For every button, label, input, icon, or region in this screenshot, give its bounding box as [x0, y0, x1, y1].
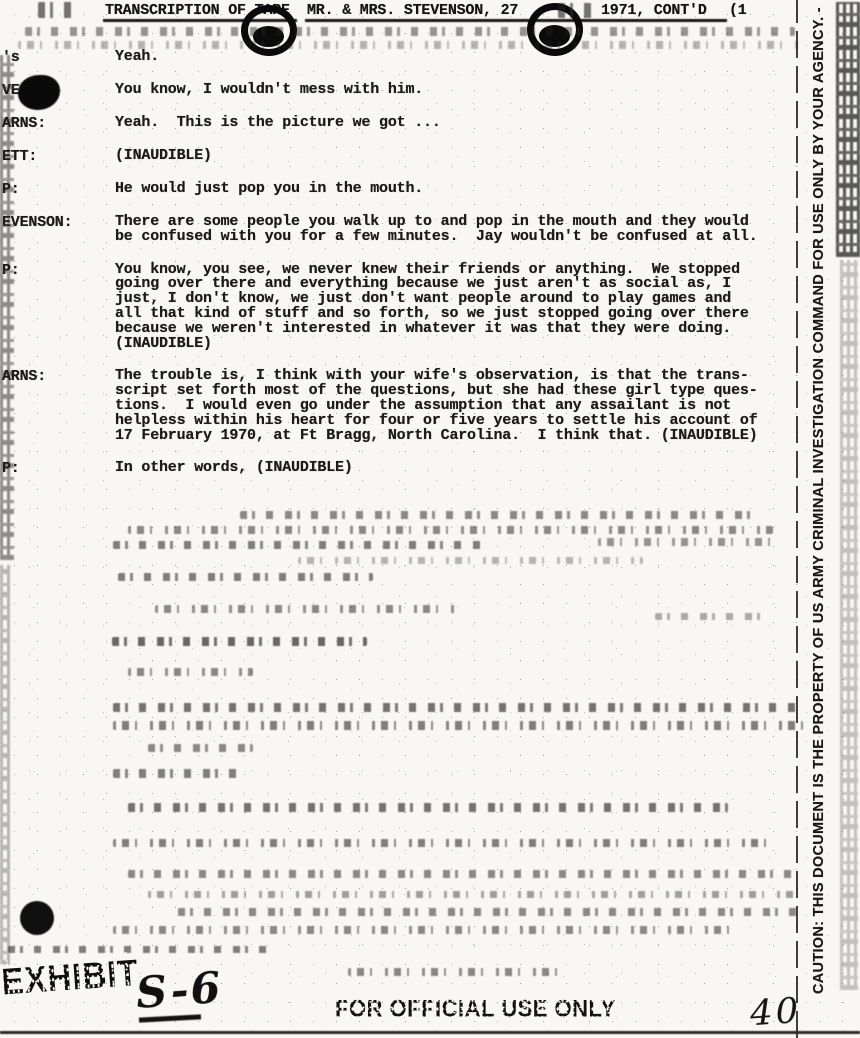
- illegible-line: [148, 891, 798, 898]
- illegible-line: [148, 744, 253, 752]
- illegible-mark: [38, 2, 78, 18]
- transcript-row: ARNS:Yeah. This is the picture we got ..…: [0, 116, 800, 131]
- illegible-line: [112, 637, 367, 646]
- right-margin-noise: [836, 2, 860, 257]
- illegible-line: [18, 41, 798, 49]
- speaker-dialogue: You know, I wouldn't mess with him.: [115, 83, 800, 98]
- speaker-dialogue: (INAUDIBLE): [115, 149, 800, 164]
- transcript-row: EVENSON:There are some people you walk u…: [0, 215, 800, 245]
- transcript-row: ETT:(INAUDIBLE): [0, 149, 800, 164]
- header-title-mid: MR. & MRS. STEVENSON, 27: [307, 3, 518, 18]
- speaker-dialogue: In other words, (INAUDIBLE): [115, 461, 800, 476]
- header-title-right: 1971, CONT'D: [601, 3, 707, 18]
- transcript-row: VE N:You know, I wouldn't mess with him.: [0, 83, 800, 98]
- illegible-line: [25, 27, 795, 36]
- transcript-row: ARNS:The trouble is, I think with your w…: [0, 369, 800, 443]
- illegible-line: [348, 968, 563, 976]
- illegible-line: [118, 573, 373, 581]
- transcript-row: P:In other words, (INAUDIBLE): [0, 461, 800, 476]
- speaker-dialogue: Yeah. This is the picture we got ...: [115, 116, 800, 131]
- illegible-line: [655, 613, 765, 620]
- transcript-body: 'sYeah.VE N:You know, I wouldn't mess wi…: [0, 50, 800, 494]
- illegible-line: [598, 538, 773, 546]
- illegible-mark: [558, 3, 598, 18]
- exhibit-stamp: EXHIBIT: [0, 949, 144, 1006]
- illegible-line: [113, 769, 238, 778]
- page-number-handwritten: 40: [747, 991, 804, 1034]
- illegible-line: [128, 803, 728, 812]
- ink-blot: [18, 75, 60, 110]
- illegible-line: [155, 605, 460, 613]
- illegible-line: [128, 870, 793, 878]
- right-edge-rule: [796, 0, 798, 1038]
- illegible-line: [128, 668, 253, 676]
- speaker-dialogue: There are some people you walk up to and…: [115, 215, 800, 245]
- right-margin-noise: [840, 260, 858, 990]
- left-margin-noise: [0, 55, 14, 560]
- illegible-line: [178, 908, 803, 916]
- transcript-row: P:He would just pop you in the mouth.: [0, 182, 800, 197]
- illegible-line: [113, 703, 798, 712]
- scanned-document-page: TRANSCRIPTION OF TAPE MR. & MRS. STEVENS…: [0, 0, 860, 1038]
- left-margin-noise: [0, 565, 10, 965]
- illegible-line: [128, 526, 773, 534]
- for-official-use-only-stamp: FOR OFFICIAL USE ONLY: [332, 994, 619, 1024]
- illegible-line: [113, 839, 768, 847]
- illegible-line: [240, 511, 760, 519]
- speaker-dialogue: You know, you see, we never knew their f…: [115, 263, 800, 352]
- illegible-line: [113, 721, 803, 730]
- illegible-line: [113, 926, 738, 934]
- transcript-row: P:You know, you see, we never knew their…: [0, 263, 800, 352]
- bottom-edge-line: [0, 1031, 860, 1034]
- speaker-dialogue: The trouble is, I think with your wife's…: [115, 369, 800, 443]
- illegible-line: [113, 541, 483, 549]
- header-title-mark: (1: [729, 3, 747, 18]
- speaker-dialogue: Yeah.: [115, 50, 800, 65]
- exhibit-number-handwritten: S-6: [134, 963, 224, 1019]
- hole-punch-dot: [20, 901, 54, 935]
- speaker-dialogue: He would just pop you in the mouth.: [115, 182, 800, 197]
- transcript-row: 'sYeah.: [0, 50, 800, 65]
- illegible-line: [298, 557, 643, 564]
- caution-sidebar-text: CAUTION: THIS DOCUMENT IS THE PROPERTY O…: [810, 10, 828, 994]
- header-underline: [305, 19, 727, 22]
